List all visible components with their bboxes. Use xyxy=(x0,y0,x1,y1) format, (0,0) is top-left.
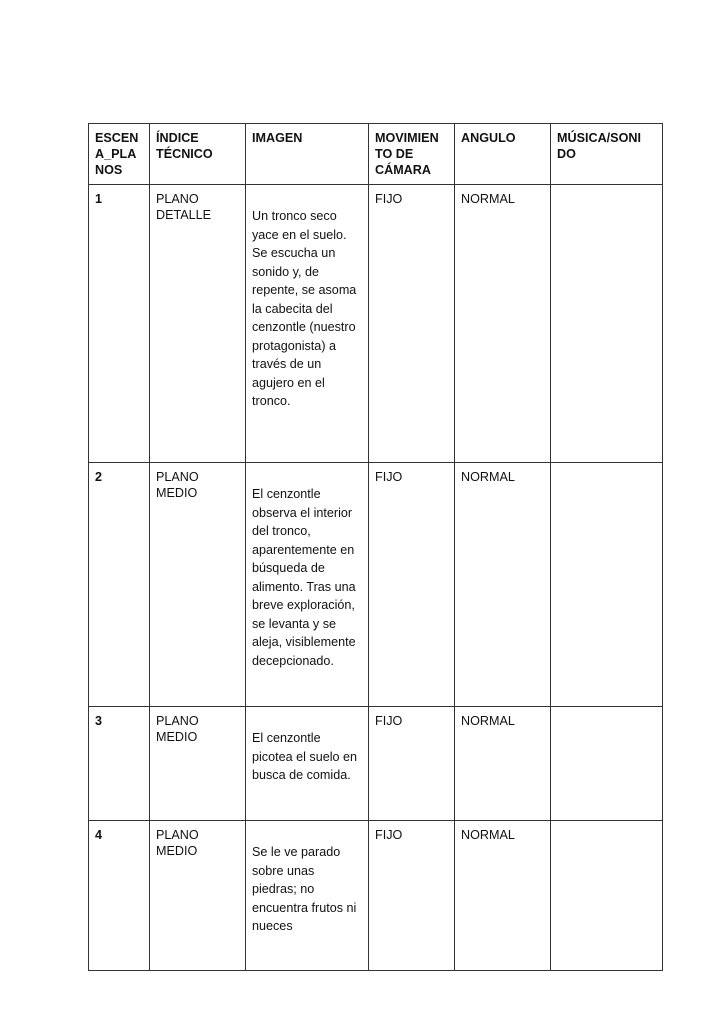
table-row: 4 PLANO MEDIO Se le ve parado sobre unas… xyxy=(89,821,663,971)
cell-imagen: El cenzontle picotea el suelo en busca d… xyxy=(246,707,369,821)
cell-angulo: NORMAL xyxy=(455,821,551,971)
header-movimiento: MOVIMIEN TO DE CÁMARA xyxy=(369,124,455,185)
table-row: 1 PLANO DETALLE Un tronco seco yace en e… xyxy=(89,185,663,463)
cell-escena: 1 xyxy=(89,185,150,463)
cell-indice: PLANO MEDIO xyxy=(150,821,246,971)
cell-musica xyxy=(551,463,663,707)
table-row: 3 PLANO MEDIO El cenzontle picotea el su… xyxy=(89,707,663,821)
cell-angulo: NORMAL xyxy=(455,707,551,821)
header-imagen: IMAGEN xyxy=(246,124,369,185)
cell-movimiento: FIJO xyxy=(369,821,455,971)
cell-escena: 4 xyxy=(89,821,150,971)
cell-angulo: NORMAL xyxy=(455,463,551,707)
cell-movimiento: FIJO xyxy=(369,185,455,463)
cell-movimiento: FIJO xyxy=(369,463,455,707)
cell-escena: 3 xyxy=(89,707,150,821)
cell-imagen: Un tronco seco yace en el suelo. Se escu… xyxy=(246,185,369,463)
cell-indice: PLANO DETALLE xyxy=(150,185,246,463)
table-row: 2 PLANO MEDIO El cenzontle observa el in… xyxy=(89,463,663,707)
cell-imagen: Se le ve parado sobre unas piedras; no e… xyxy=(246,821,369,971)
header-angulo: ANGULO xyxy=(455,124,551,185)
cell-movimiento: FIJO xyxy=(369,707,455,821)
cell-musica xyxy=(551,821,663,971)
storyboard-table: ESCEN A_PLA NOS ÍNDICE TÉCNICO IMAGEN MO… xyxy=(88,123,663,971)
cell-imagen: El cenzontle observa el interior del tro… xyxy=(246,463,369,707)
cell-escena: 2 xyxy=(89,463,150,707)
cell-musica xyxy=(551,707,663,821)
cell-indice: PLANO MEDIO xyxy=(150,707,246,821)
header-indice: ÍNDICE TÉCNICO xyxy=(150,124,246,185)
header-musica: MÚSICA/SONI DO xyxy=(551,124,663,185)
cell-angulo: NORMAL xyxy=(455,185,551,463)
cell-musica xyxy=(551,185,663,463)
cell-indice: PLANO MEDIO xyxy=(150,463,246,707)
header-row: ESCEN A_PLA NOS ÍNDICE TÉCNICO IMAGEN MO… xyxy=(89,124,663,185)
header-escena: ESCEN A_PLA NOS xyxy=(89,124,150,185)
